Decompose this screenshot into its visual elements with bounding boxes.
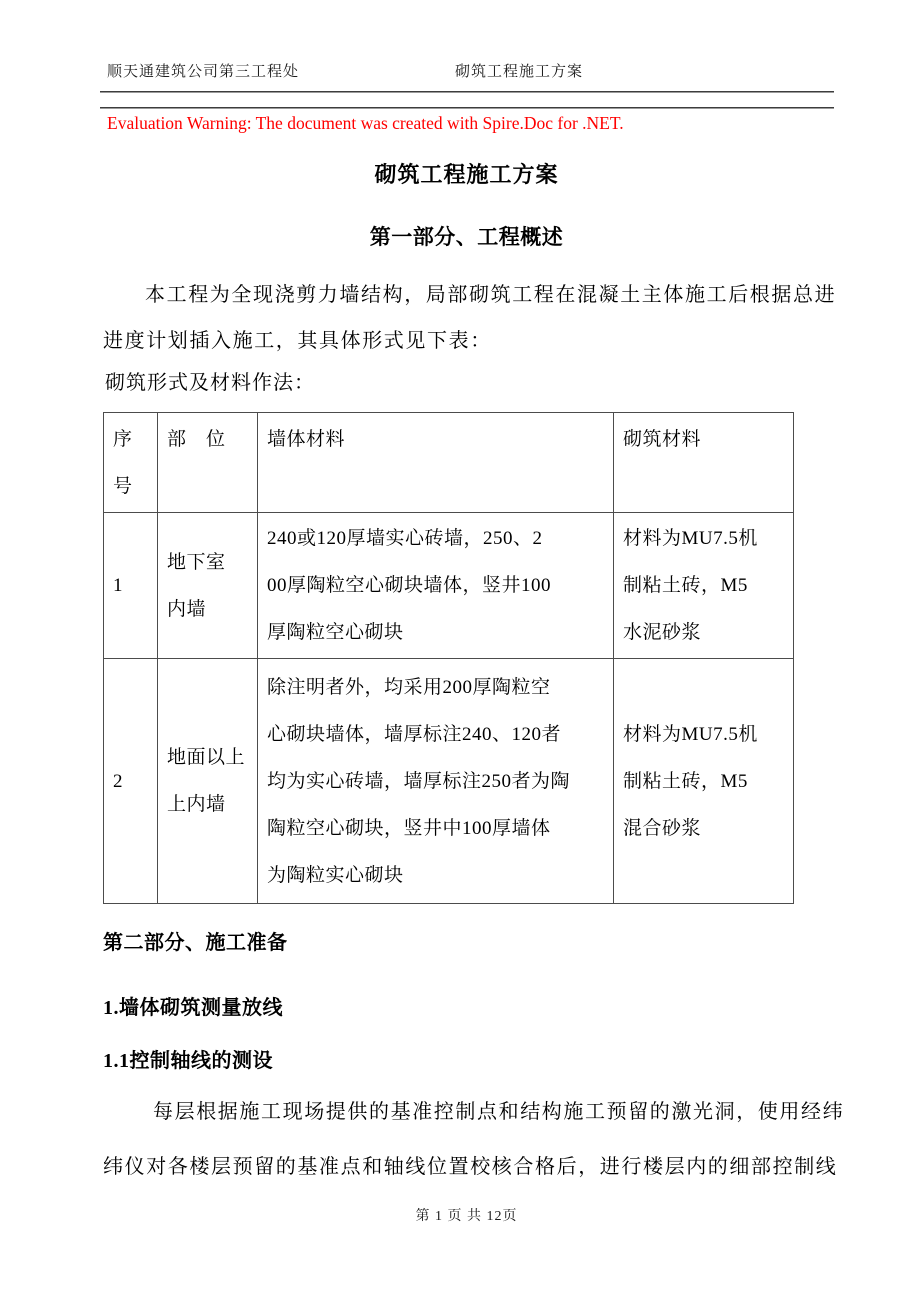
- page-header-left: 顺天通建筑公司第三工程处: [107, 60, 299, 81]
- part2-heading: 第二部分、施工准备: [103, 926, 288, 955]
- cell-masonry-material: 材料为MU7.5机 制粘土砖，M5 水泥砂浆: [614, 513, 794, 659]
- document-title: 砌筑工程施工方案: [103, 158, 830, 189]
- header-cell-location: 部 位: [158, 413, 258, 513]
- header-rule-bottom: [100, 107, 834, 109]
- cell-wall-material: 除注明者外，均采用200厚陶粒空 心砌块墙体，墙厚标注240、120者 均为实心…: [258, 659, 614, 904]
- table-row: 1 地下室 内墙 240或120厚墙实心砖墙，250、2 00厚陶粒空心砌块墙体…: [104, 513, 794, 659]
- cell-no: 2: [104, 659, 158, 904]
- part1-heading: 第一部分、工程概述: [103, 221, 830, 251]
- header-cell-masonry-material: 砌筑材料: [614, 413, 794, 513]
- part2-paragraph: 每层根据施工现场提供的基准控制点和结构施工预留的激光洞，使用经纬 纬仪对各楼层预…: [103, 1085, 863, 1195]
- page-footer: 第 1 页 共 12页: [103, 1205, 830, 1225]
- header-cell-wall-material: 墙体材料: [258, 413, 614, 513]
- table-row: 2 地面以上 上内墙 除注明者外，均采用200厚陶粒空 心砌块墙体，墙厚标注24…: [104, 659, 794, 904]
- cell-wall-material: 240或120厚墙实心砖墙，250、2 00厚陶粒空心砌块墙体，竖井100 厚陶…: [258, 513, 614, 659]
- header-rule-top: [100, 91, 834, 93]
- table-caption: 砌筑形式及材料作法：: [105, 366, 315, 395]
- cell-no: 1: [104, 513, 158, 659]
- evaluation-warning-text: Evaluation Warning: The document was cre…: [107, 113, 624, 134]
- heading-wall-survey: 1.墙体砌筑测量放线: [103, 991, 283, 1020]
- cell-location: 地面以上 上内墙: [158, 659, 258, 904]
- cell-location: 地下室 内墙: [158, 513, 258, 659]
- page-header-right: 砌筑工程施工方案: [455, 60, 583, 81]
- header-cell-no: 序 号: [104, 413, 158, 513]
- table-header-row: 序 号 部 位 墙体材料 砌筑材料: [104, 413, 794, 513]
- cell-masonry-material: 材料为MU7.5机 制粘土砖，M5 混合砂浆: [614, 659, 794, 904]
- document-page: 顺天通建筑公司第三工程处 砌筑工程施工方案 Evaluation Warning…: [0, 0, 920, 1302]
- heading-control-axis: 1.1控制轴线的测设: [103, 1044, 273, 1073]
- intro-paragraph: 本工程为全现浇剪力墙结构，局部砌筑工程在混凝土主体施工后根据总进 进度计划插入施…: [103, 272, 863, 364]
- materials-table: 序 号 部 位 墙体材料 砌筑材料 1 地下室 内墙 240或120厚墙实心砖墙…: [103, 412, 794, 904]
